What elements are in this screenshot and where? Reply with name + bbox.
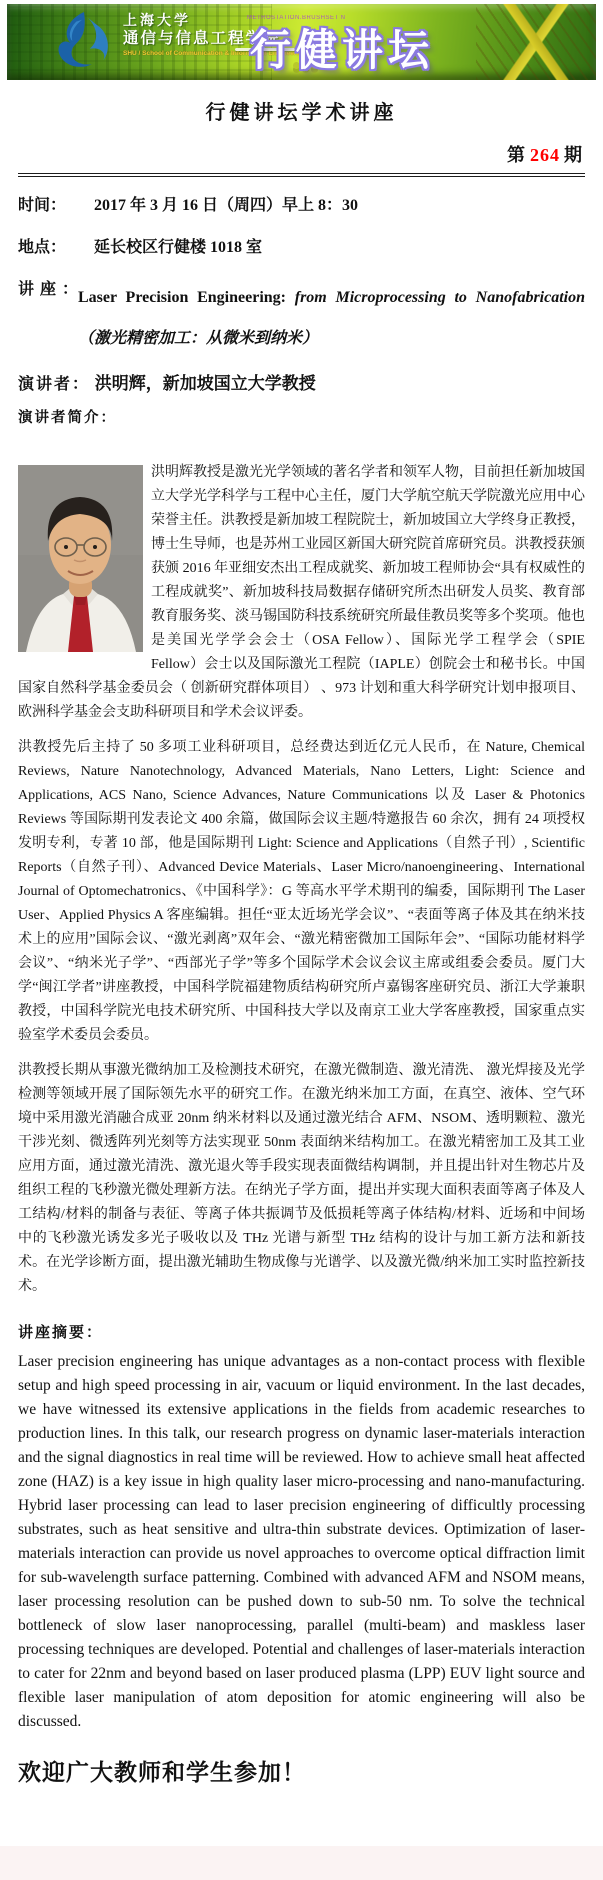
place-value: 延长校区行健楼 1018 室: [94, 239, 262, 256]
bio-paragraph-3: 洪教授长期从事激光微纳加工及检测技术研究，在激光微制造、激光清洗、 激光焊接及光…: [18, 1059, 585, 1299]
issue-suffix: 期: [564, 145, 583, 165]
speaker-value: 洪明辉，新加坡国立大学教授: [95, 374, 316, 393]
place-label: 地点：: [18, 235, 90, 261]
issue-prefix: 第: [507, 145, 526, 165]
welcome-message: 欢迎广大教师和学生参加！: [18, 1754, 585, 1787]
lecture-title-chinese: （激光精密加工：从微米到纳米）: [78, 330, 318, 347]
time-value: 2017 年 3 月 16 日（周四）早上 8：30: [94, 197, 358, 214]
bottom-strip: [0, 1846, 603, 1880]
bio-heading: 演讲者简介：: [18, 406, 585, 427]
lecture-title-english-italic: from Microprocessing to Nanofabrication: [295, 289, 585, 306]
lecture-announcement-page: 上海大学 通信与信息工程学院 SHU / School of Communica…: [0, 0, 603, 1880]
forum-title: 行健讲坛: [250, 16, 434, 78]
place-row: 地点： 延长校区行健楼 1018 室: [18, 235, 585, 261]
speaker-row: 演讲者： 洪明辉，新加坡国立大学教授: [18, 371, 585, 398]
speaker-bio-section: 洪明辉教授是激光光学领域的著名学者和领军人物，目前担任新加坡国立大学光学科学与工…: [18, 461, 585, 1299]
issue-line: 第264期: [18, 141, 583, 167]
time-row: 时间： 2017 年 3 月 16 日（周四）早上 8：30: [18, 193, 585, 219]
bio-paragraph-2: 洪教授先后主持了 50 多项工业科研项目，总经费达到近亿元人民币，在 Natur…: [18, 736, 585, 1048]
lecture-label: 讲座：: [18, 277, 84, 303]
lecture-title: Laser Precision Engineering: from Microp…: [78, 277, 585, 359]
speaker-photo: [18, 465, 143, 652]
abstract-text: Laser precision engineering has unique a…: [18, 1350, 585, 1734]
banner: 上海大学 通信与信息工程学院 SHU / School of Communica…: [0, 0, 603, 80]
issue-number: 264: [526, 145, 564, 165]
speaker-label: 演讲者：: [18, 372, 90, 398]
bio-paragraph-1: 洪明辉教授是激光光学领域的著名学者和领军人物，目前担任新加坡国立大学光学科学与工…: [18, 461, 585, 725]
double-rule-divider: [18, 173, 585, 177]
lecture-row: 讲座： Laser Precision Engineering: from Mi…: [18, 277, 585, 359]
abstract-heading: 讲座摘要：: [18, 1321, 585, 1342]
crane-graphic: [476, 4, 596, 80]
banner-background: 上海大学 通信与信息工程学院 SHU / School of Communica…: [7, 4, 596, 80]
page-title: 行健讲坛学术讲座: [18, 96, 585, 125]
lecture-title-english: Laser Precision Engineering:: [78, 289, 295, 306]
announcement-body: 行健讲坛学术讲座 第264期 时间： 2017 年 3 月 16 日（周四）早上…: [0, 96, 603, 1787]
university-logo-icon: [55, 10, 113, 72]
time-label: 时间：: [18, 193, 90, 219]
